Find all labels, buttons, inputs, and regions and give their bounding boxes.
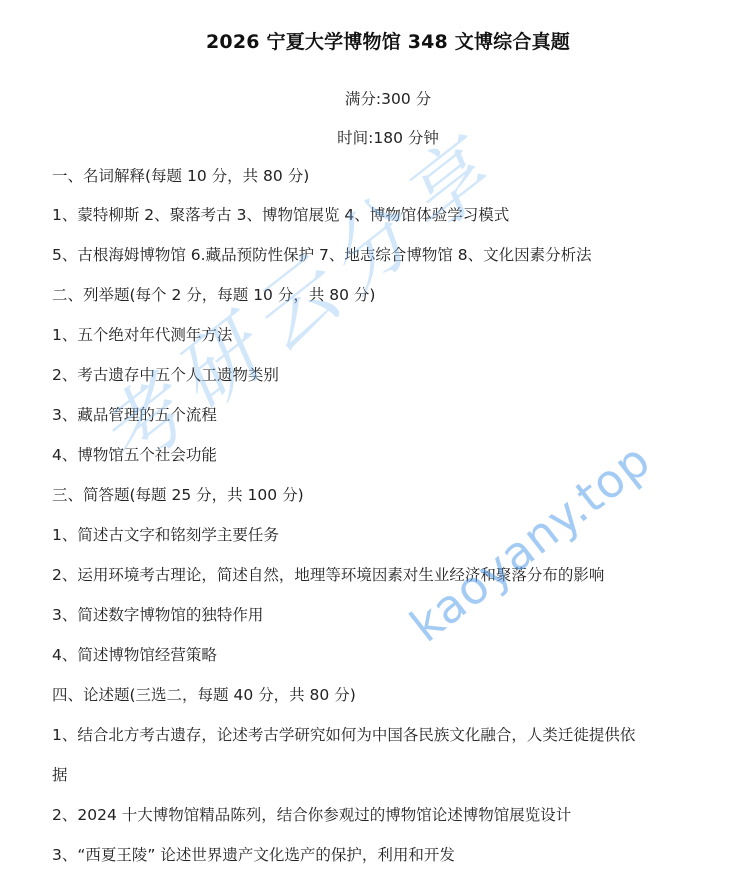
question-line: 5、古根海姆博物馆 6.藏品预防性保护 7、地志综合博物馆 8、文化因素分析法: [52, 245, 592, 265]
question-line: 1、结合北方考古遗存，论述考古学研究如何为中国各民族文化融合，人类迁徙提供依: [52, 725, 635, 745]
question-line: 3、藏品管理的五个流程: [52, 405, 217, 425]
question-line: 4、博物馆五个社会功能: [52, 445, 217, 465]
section-heading-essay: 四、论述题(三选二，每题 40 分，共 80 分): [52, 685, 356, 705]
watermark-url: kaoyany.top: [400, 432, 661, 652]
question-line: 1、蒙特柳斯 2、聚落考古 3、博物馆展览 4、博物馆体验学习模式: [52, 205, 509, 225]
question-line: 2、2024 十大博物馆精品陈列，结合你参观过的博物馆论述博物馆展览设计: [52, 805, 571, 825]
question-line: 1、五个绝对年代测年方法: [52, 325, 232, 345]
section-heading-terms: 一、名词解释(每题 10 分，共 80 分): [52, 166, 309, 186]
question-line: 2、考古遗存中五个人工遗物类别: [52, 365, 279, 385]
question-line-continuation: 据: [52, 765, 68, 785]
full-score: 满分:300 分: [0, 87, 748, 109]
exam-time: 时间:180 分钟: [0, 126, 748, 148]
question-line: 2、运用环境考古理论，简述自然，地理等环境因素对生业经济和聚落分布的影响: [52, 565, 604, 585]
exam-page: 2026 宁夏大学博物馆 348 文博综合真题 满分:300 分 时间:180 …: [0, 0, 748, 879]
section-heading-enumeration: 二、列举题(每个 2 分，每题 10 分，共 80 分): [52, 285, 375, 305]
section-heading-short-answer: 三、简答题(每题 25 分，共 100 分): [52, 485, 304, 505]
question-line: 4、简述博物馆经营策略: [52, 645, 217, 665]
question-line: 3、“西夏王陵” 论述世界遗产文化选产的保护，利用和开发: [52, 845, 455, 865]
question-line: 1、简述古文字和铭刻学主要任务: [52, 525, 279, 545]
question-line: 3、简述数字博物馆的独特作用: [52, 605, 263, 625]
exam-title: 2026 宁夏大学博物馆 348 文博综合真题: [0, 27, 748, 54]
